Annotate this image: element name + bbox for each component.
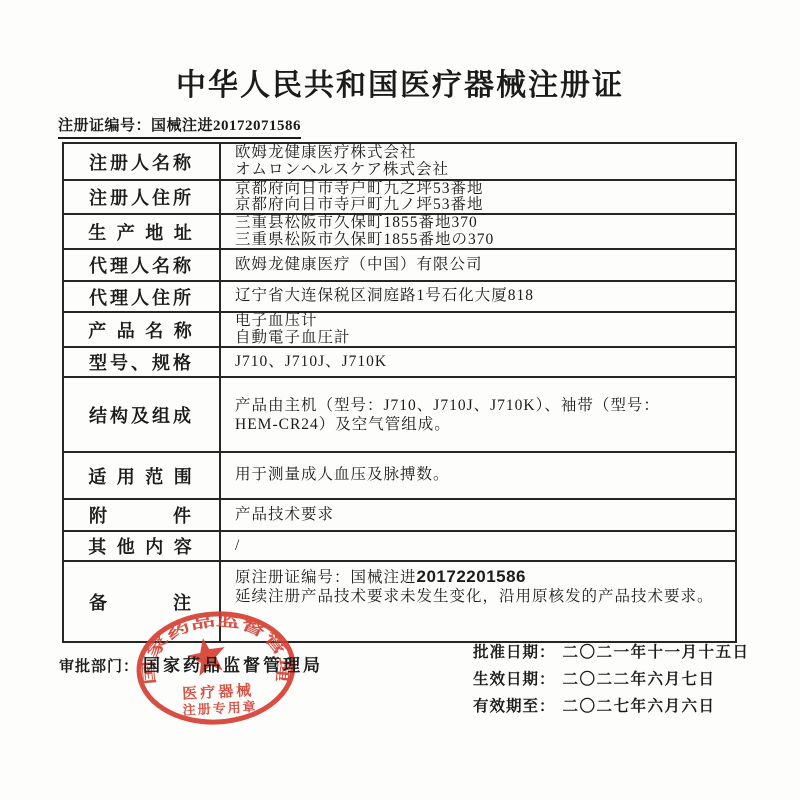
- row-value: /: [221, 532, 735, 560]
- row-value: 用于测量成人血压及脉搏数。: [221, 453, 735, 498]
- approval-department-line: 审批部门： 国家药品监督管理局: [59, 651, 323, 676]
- row-label: 结构及组成: [64, 378, 221, 451]
- row-label: 适 用 范 围: [64, 453, 221, 498]
- table-row-product-name: 产 品 名 称 电子血压计 自動電子血圧計: [64, 311, 735, 346]
- table-row-model-spec: 型号、规格 J710、J710J、J710K: [64, 346, 735, 376]
- remark-line1-prefix: 原注册证编号：国械注进: [235, 569, 417, 586]
- table-row-structure-composition: 结构及组成 产品由主机（型号：J710、J710J、J710K）、袖带（型号： …: [64, 376, 735, 451]
- approval-date-row: 批准日期： 二〇二一年十一月十五日: [473, 637, 750, 664]
- dates-block: 批准日期： 二〇二一年十一月十五日 生效日期： 二〇二二年六月七日 有效期至： …: [473, 637, 750, 718]
- approval-date-value: 二〇二一年十一月十五日: [563, 640, 750, 662]
- row-value: 电子血压计 自動電子血圧計: [221, 313, 735, 346]
- effective-date-value: 二〇二二年六月七日: [563, 667, 716, 689]
- row-value: 产品技术要求: [221, 500, 735, 530]
- row-label: 型号、规格: [64, 348, 221, 376]
- table-row-registrant-address: 注册人住所 京都府向日市寺户町九之坪53番地 京都府向日市寺戸町九ノ坪53番地: [64, 179, 735, 213]
- expiry-date-row: 有效期至： 二〇二七年六月六日: [473, 691, 750, 718]
- table-row-agent-address: 代理人住所 辽宁省大连保税区洞庭路1号石化大厦818: [64, 280, 735, 311]
- row-value: 京都府向日市寺户町九之坪53番地 京都府向日市寺戸町九ノ坪53番地: [221, 181, 735, 213]
- table-row-production-address: 生 产 地 址 三重县松阪市久保町1855番地370 三重県松阪市久保町1855…: [64, 213, 735, 248]
- expiry-date-label: 有效期至：: [473, 694, 556, 716]
- row-label: 其 他 内 容: [64, 532, 221, 560]
- expiry-date-value: 二〇二七年六月六日: [563, 694, 716, 716]
- approval-department-label: 审批部门：: [59, 655, 139, 676]
- certificate-title: 中华人民共和国医疗器械注册证: [0, 60, 800, 104]
- row-value: J710、J710J、J710K: [221, 348, 735, 376]
- row-label: 附 件: [64, 500, 221, 530]
- row-label: 代理人住所: [64, 282, 221, 311]
- certificate-page: 中华人民共和国医疗器械注册证 注册证编号：国械注进20172071586 注册人…: [0, 0, 800, 800]
- table-row-attachment: 附 件 产品技术要求: [64, 498, 735, 530]
- row-label: 产 品 名 称: [64, 313, 221, 346]
- row-value: 三重县松阪市久保町1855番地370 三重県松阪市久保町1855番地の370: [221, 215, 735, 248]
- effective-date-label: 生效日期：: [473, 667, 556, 689]
- registration-number-line: 注册证编号：国械注进20172071586: [58, 114, 301, 139]
- row-label: 代理人名称: [64, 250, 221, 280]
- approval-date-label: 批准日期：: [473, 640, 556, 662]
- remark-line1: 原注册证编号：国械注进20172201586: [235, 567, 727, 587]
- row-value: 欧姆龙健康医疗（中国）有限公司: [221, 250, 735, 280]
- effective-date-row: 生效日期： 二〇二二年六月七日: [473, 664, 750, 691]
- row-label: 注册人住所: [64, 181, 221, 213]
- row-label: 生 产 地 址: [64, 215, 221, 248]
- row-value: 欧姆龙健康医疗株式会社 オムロンヘルスケア株式会社: [221, 144, 735, 179]
- row-value: 辽宁省大连保税区洞庭路1号石化大厦818: [221, 282, 735, 311]
- row-value: 产品由主机（型号：J710、J710J、J710K）、袖带（型号： HEM-CR…: [221, 378, 735, 451]
- table-row-agent-name: 代理人名称 欧姆龙健康医疗（中国）有限公司: [64, 248, 735, 280]
- table-row-registrant-name: 注册人名称 欧姆龙健康医疗株式会社 オムロンヘルスケア株式会社: [64, 144, 735, 179]
- certificate-table: 注册人名称 欧姆龙健康医疗株式会社 オムロンヘルスケア株式会社 注册人住所 京都…: [62, 142, 737, 643]
- original-registration-number: 20172201586: [417, 567, 527, 586]
- approval-department-value: 国家药品监督管理局: [143, 651, 323, 676]
- table-row-other-content: 其 他 内 容 /: [64, 530, 735, 560]
- table-row-intended-use: 适 用 范 围 用于测量成人血压及脉搏数。: [64, 451, 735, 498]
- row-label: 注册人名称: [64, 144, 221, 179]
